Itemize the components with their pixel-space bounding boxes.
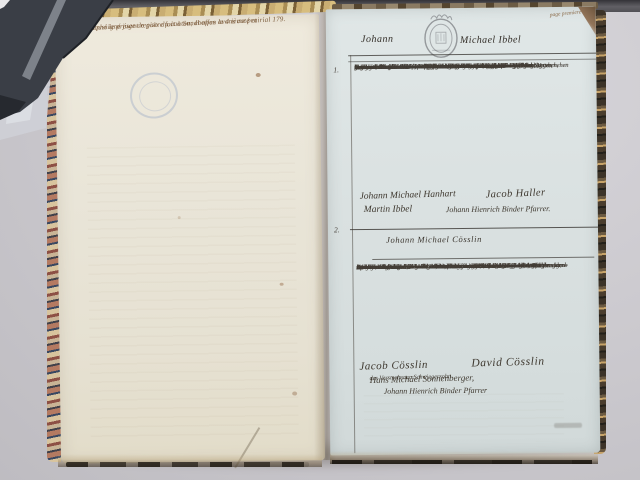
paper-stain [256,73,261,77]
ink-show-through [87,145,299,443]
entry-title-michael-ibbel: Michael Ibbel [460,34,521,46]
signature-jacob-coesslin: Jacob Cösslin [359,359,428,373]
signature-ibbel: Martin Ibbel [364,205,412,216]
scanned-register-photo: Le soussigné juge de paix du canton, et … [0,0,640,480]
entry-number-1: 1. [333,65,339,74]
page-bottom-edge-left [58,454,322,467]
paper-stain [292,392,297,396]
paper-stain [280,283,284,286]
margin-rule [350,55,355,453]
right-page: page premiere Johann Michael Ibbel 1. 2.… [326,7,601,456]
signature-hanhart: Johann Michael Hanhart [360,189,456,202]
header-rule [348,53,596,57]
signature-david-coesslin: David Cösslin [471,356,545,370]
ink-show-through [364,393,564,443]
entry1-date-line: Zu Sundhofen d. 10 Januar 1792. [382,62,473,72]
pencil-note [554,423,582,428]
entry2-line: händig unterschrieben haben. Zu Sundhofe… [356,261,511,272]
entry2-heading-underline [372,257,594,260]
paper-stain [178,216,181,219]
entry-separator-rule [350,227,598,231]
signature-pfarrer: Johann Hienrich Binder Pfarrer. [446,204,551,214]
entry2-heading: Johann Michael Cösslin [386,234,482,245]
scanning-clamp [0,0,150,150]
signature-haller: Jacob Haller [485,187,545,200]
page-bottom-edge-right [330,451,598,464]
entry-title-johann: Johann [361,34,394,45]
register-entry-2: In dem Jahr Christi ein tausend sieben h… [356,261,594,263]
page-number-note: page premiere [550,9,582,18]
official-embossed-seal [421,10,462,60]
entry-number-2: 2. [334,225,340,234]
